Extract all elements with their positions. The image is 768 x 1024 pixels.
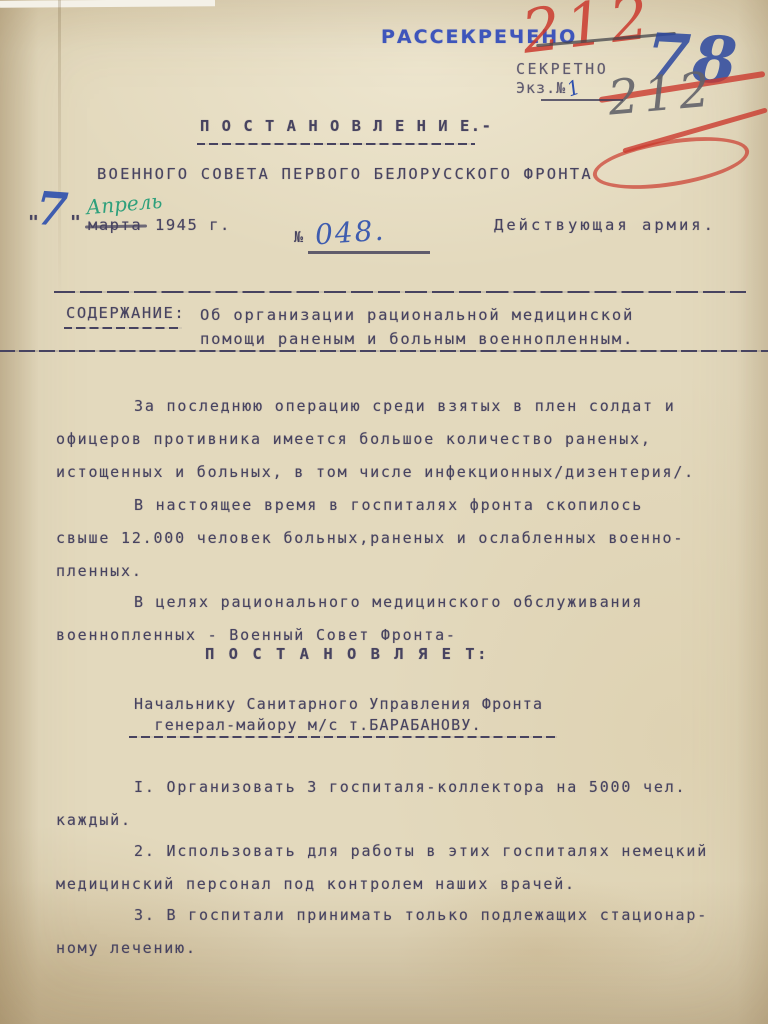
handwritten-month-correction: Апрель xyxy=(85,189,163,220)
document-title: П О С Т А Н О В Л Е Н И Е.- xyxy=(200,117,492,135)
copy-number-underline xyxy=(541,99,623,101)
paper-crease xyxy=(58,0,61,300)
date-year: 1945 г. xyxy=(155,216,231,234)
body-paragraph-3: В целях рационального медицинского обслу… xyxy=(56,586,746,652)
title-underline xyxy=(197,143,475,145)
typed-rule-top xyxy=(54,291,746,293)
typed-rule-bottom xyxy=(0,350,768,352)
copy-number-label: Экз.№ xyxy=(516,79,566,97)
order-number-sign: № xyxy=(294,228,303,246)
addressee-underline xyxy=(129,736,557,738)
handwritten-pencil-number: 212 xyxy=(606,61,717,126)
body-paragraph-2: В настоящее время в госпиталях фронта ск… xyxy=(56,489,746,588)
army-note: Действующая армия. xyxy=(494,216,716,234)
order-item-1: I. Организовать 3 госпиталя-коллектора н… xyxy=(56,771,746,837)
secret-stamp: СЕКРЕТНО xyxy=(516,60,608,78)
resolves-heading: П О С Т А Н О В Л Я Е Т: xyxy=(205,645,489,663)
body-paragraph-1: За последнюю операцию среди взятых в пле… xyxy=(56,390,746,489)
handwritten-copy-number: 1 xyxy=(564,75,584,102)
handwritten-day: 7 xyxy=(34,181,70,237)
handwritten-order-number: 048. xyxy=(314,214,386,252)
scan-edge-strip xyxy=(0,0,215,8)
addressee-lines: Начальнику Санитарного Управления Фронта… xyxy=(134,694,543,736)
subject-label-underline xyxy=(64,327,182,329)
subject-text: Об организации рациональной медицинской … xyxy=(200,304,634,351)
date-quote-close: " xyxy=(70,212,81,233)
subject-label: СОДЕРЖАНИЕ: xyxy=(66,304,185,322)
handwritten-red-number: 212 xyxy=(518,0,658,68)
order-item-3: 3. В госпитали принимать только подлежащ… xyxy=(56,899,746,965)
document-subtitle: ВОЕННОГО СОВЕТА ПЕРВОГО БЕЛОРУССКОГО ФРО… xyxy=(97,165,593,183)
order-number-underline xyxy=(308,251,430,254)
document-page: РАССЕКРЕЧЕНО 212 78 212 СЕКРЕТНО Экз.№ 1… xyxy=(0,0,768,1024)
order-item-2: 2. Использовать для работы в этих госпит… xyxy=(56,835,746,901)
